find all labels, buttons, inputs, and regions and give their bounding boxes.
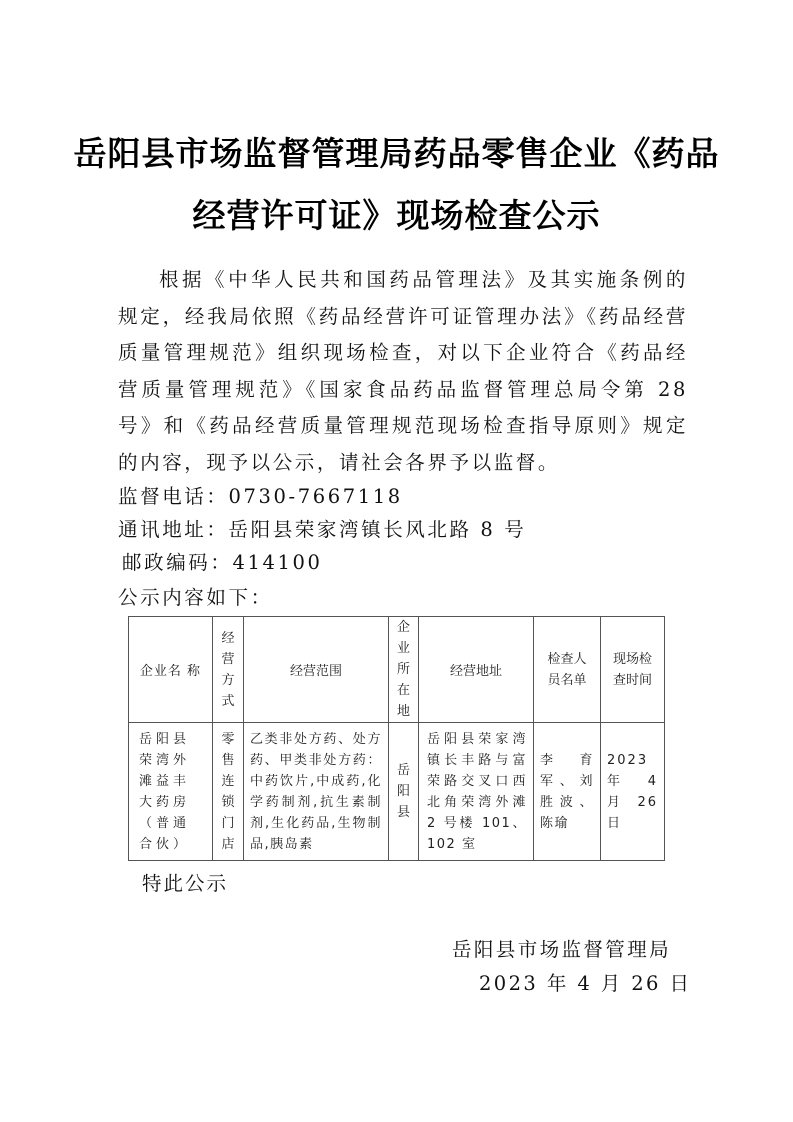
cell-address: 岳阳县荣家湾镇长丰路与富荣路交叉口西北角荣湾外滩 2 号楼 101、102 室 [419, 723, 534, 861]
table-row: 岳阳县荣湾外滩益丰大药房（普通合伙） 零售连锁门店 乙类非处方药、处方药、甲类非… [129, 723, 665, 861]
phone-value: 0730-7667118 [229, 485, 403, 508]
cell-inspectors: 李育军、刘胜波、陈瑜 [534, 723, 601, 861]
document-title-line-1: 岳阳县市场监督管理局药品零售企业《药品 [0, 128, 793, 175]
cell-inspection-date: 2023 年 4 月 26 日 [601, 723, 665, 861]
header-business-mode: 经营方式 [213, 617, 244, 723]
table-header-row: 企业名 称 经营方式 经营范围 企业所在地 经营地址 检查人员名单 现场检查时间 [129, 617, 665, 723]
cell-company-name: 岳阳县荣湾外滩益丰大药房（普通合伙） [129, 723, 213, 861]
header-address: 经营地址 [419, 617, 534, 723]
postcode-label: 邮政编码： [122, 551, 233, 574]
header-inspectors: 检查人员名单 [534, 617, 601, 723]
mailing-address: 通讯地址：岳阳县荣家湾镇长风北路 8 号 [118, 514, 526, 542]
header-inspection-date: 现场检查时间 [601, 617, 665, 723]
postcode-value: 414100 [233, 551, 323, 574]
inspection-table: 企业名 称 经营方式 经营范围 企业所在地 经营地址 检查人员名单 现场检查时间… [128, 616, 665, 861]
phone-label: 监督电话： [118, 485, 229, 508]
supervision-phone: 监督电话：0730-7667118 [118, 481, 403, 509]
cell-business-scope: 乙类非处方药、处方药、甲类非处方药：中药饮片,中成药,化学药制剂,抗生素制剂,生… [244, 723, 389, 861]
document-title-line-2: 经营许可证》现场检查公示 [0, 190, 793, 237]
cell-business-mode: 零售连锁门店 [213, 723, 244, 861]
body-paragraph: 根据《中华人民共和国药品管理法》及其实施条例的规定，经我局依照《药品经营许可证管… [118, 262, 688, 481]
address-label: 通讯地址： [118, 518, 229, 541]
postal-code: 邮政编码：414100 [122, 547, 323, 575]
address-value: 岳阳县荣家湾镇长风北路 8 号 [229, 518, 527, 541]
header-business-scope: 经营范围 [244, 617, 389, 723]
body-paragraph-text: 根据《中华人民共和国药品管理法》及其实施条例的规定，经我局依照《药品经营许可证管… [118, 268, 688, 474]
cell-location: 岳阳县 [389, 723, 419, 861]
header-location: 企业所在地 [389, 617, 419, 723]
issue-date: 2023 年 4 月 26 日 [479, 968, 691, 996]
header-company-name: 企业名 称 [129, 617, 213, 723]
issuer-signature: 岳阳县市场监督管理局 [452, 934, 671, 962]
table-intro: 公示内容如下： [118, 582, 273, 610]
closing-statement: 特此公示 [142, 868, 228, 896]
